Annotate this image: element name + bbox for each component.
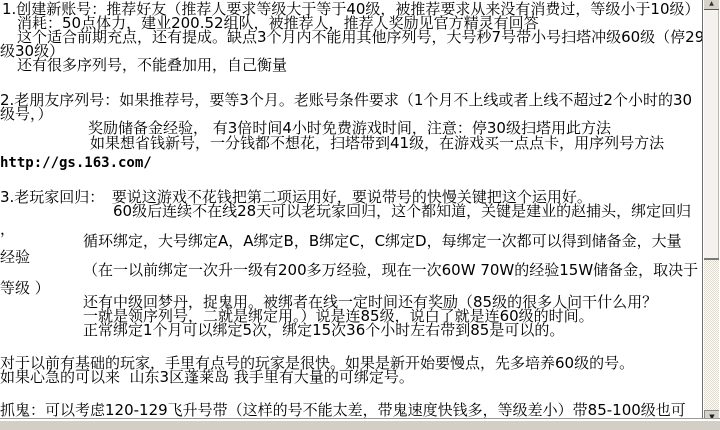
scroll-up-button[interactable]: ▲: [704, 0, 719, 10]
text-line: ，: [0, 222, 15, 237]
horizontal-scrollbar-area[interactable]: [0, 418, 720, 430]
text-line: 正常绑定1个月可以绑定5次，绑定15次36个小时左右带到85是可以的。: [83, 323, 564, 338]
text-line: 这个适合前期充点，还有提成。缺点3个月内不能用其他序列号，大号秒7号带小号扫塔冲…: [17, 30, 704, 45]
text-line: 循环绑定，大号绑定A，A绑定B，B绑定C，C绑定D，每绑定一次都可以得到储备金，…: [83, 234, 682, 249]
scroll-up-icon: ▲: [709, 0, 714, 7]
text-line: 级号，）: [0, 107, 53, 122]
text-line: 如果想省钱新号，一分钱都不想花，扫塔带到41级，在游戏买一点点卡，用序列号方法: [90, 136, 664, 151]
text-line: 60级后连续不在线28天可以老玩家回归，这个都知道，关键是建业的赵捕头，绑定回归: [113, 204, 691, 219]
text-line: 还有很多序列号，不能叠加用，自己衡量: [17, 58, 287, 73]
scrollbar-track[interactable]: [704, 260, 719, 410]
text-line: http://gs.163.com/: [0, 156, 152, 171]
text-line: 经验: [0, 250, 30, 265]
text-line: 2.老朋友序列号：如果推荐号，要等3个月。老账号条件要求（1个月不上线或者上线不…: [0, 93, 692, 108]
text-line: 抓鬼：可以考虑120-129飞升号带（这样的号不能太差，带鬼速度快钱多，等级差小…: [0, 403, 686, 418]
vertical-scrollbar[interactable]: ▲ ▼: [702, 0, 720, 430]
text-line: 如果心急的可以来 山东3区蓬莱岛 我手里有大量的可绑定号。: [0, 370, 414, 385]
text-editor-viewport: 1.创建新账号：推荐好友（推荐人要求等级大于等于40级，被推荐要求从来没有消费过…: [0, 0, 720, 430]
scrollbar-thumb[interactable]: [704, 10, 719, 260]
text-line: 等级 ）: [0, 281, 50, 296]
text-line: （在一以前绑定一次升一级有200多万经验，现在一次60W 70W的经验15W储备…: [83, 263, 698, 278]
